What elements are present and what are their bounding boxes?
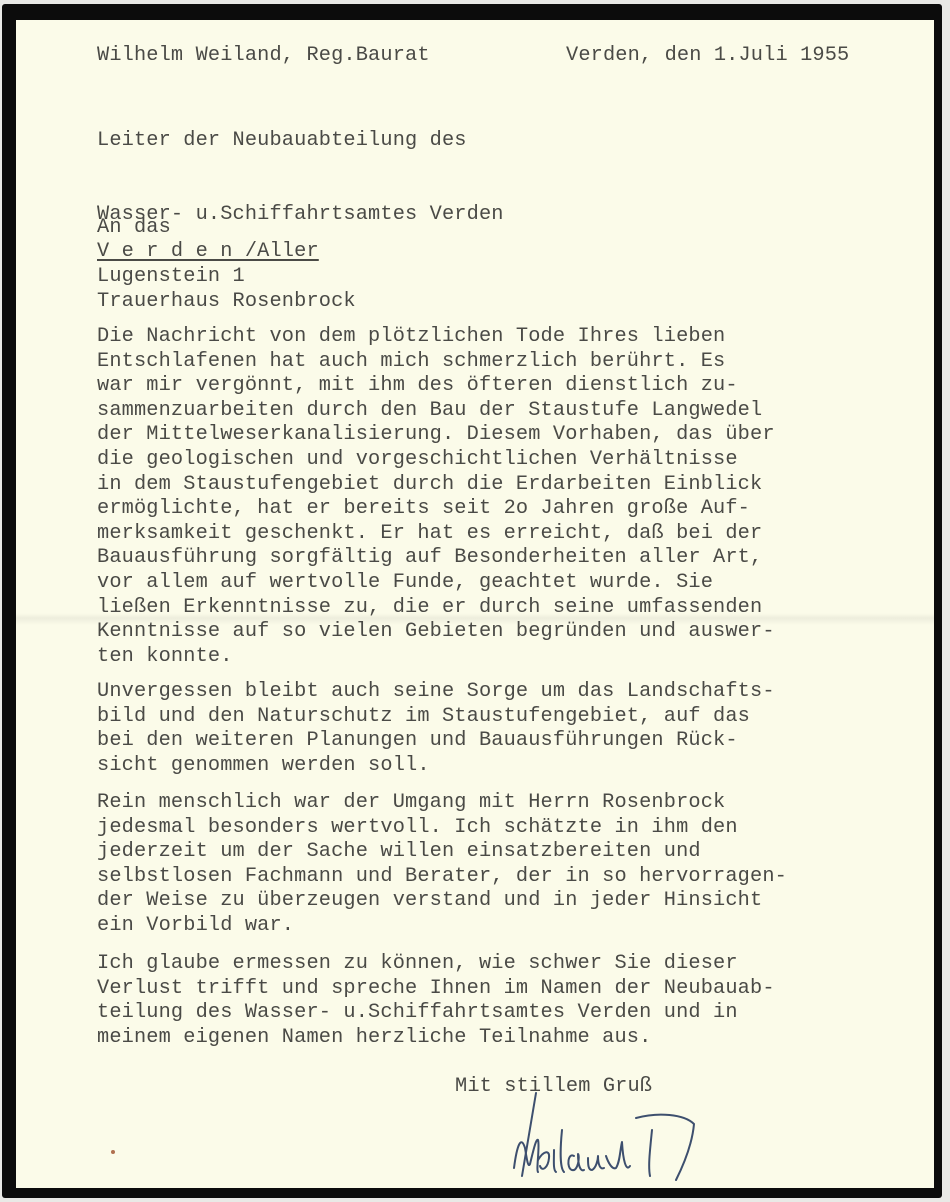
paragraph-line: ließen Erkenntnisse zu, die er durch sei… xyxy=(97,596,775,621)
paragraph-line: Kenntnisse auf so vielen Gebieten begrün… xyxy=(97,620,775,645)
recipient-street: Lugenstein 1 xyxy=(97,265,245,290)
paragraph-line: selbstlosen Fachmann und Berater, der in… xyxy=(97,865,787,890)
paragraph-line: Entschlafenen hat auch mich schmerzlich … xyxy=(97,350,775,375)
paragraph-line: merksamkeit geschenkt. Er hat es erreich… xyxy=(97,522,775,547)
paragraph-line: bild und den Naturschutz im Staustufenge… xyxy=(97,705,775,730)
paragraph-line: Die Nachricht von dem plötzlichen Tode I… xyxy=(97,325,775,350)
recipient-line: An das xyxy=(97,216,356,241)
paragraph-line: der Mittelweserkanalisierung. Diesem Vor… xyxy=(97,423,775,448)
paragraph-3: Rein menschlich war der Umgang mit Herrn… xyxy=(97,791,787,939)
paragraph-line: die geologischen und vorgeschichtlichen … xyxy=(97,448,775,473)
paragraph-line: sammenzuarbeiten durch den Bau der Staus… xyxy=(97,399,775,424)
paragraph-line: der Weise zu überzeugen verstand und in … xyxy=(97,889,787,914)
paragraph-line: jederzeit um der Sache willen einsatzber… xyxy=(97,840,787,865)
paragraph-line: Rein menschlich war der Umgang mit Herrn… xyxy=(97,791,787,816)
paragraph-line: Verlust trifft und spreche Ihnen im Name… xyxy=(97,977,775,1002)
paragraph-4: Ich glaube ermessen zu können, wie schwe… xyxy=(97,952,775,1050)
paragraph-line: ten konnte. xyxy=(97,645,775,670)
date-line: Verden, den 1.Juli 1955 xyxy=(566,44,849,69)
paragraph-line: meinem eigenen Namen herzliche Teilnahme… xyxy=(97,1026,775,1051)
paragraph-line: Ich glaube ermessen zu können, wie schwe… xyxy=(97,952,775,977)
paragraph-line: bei den weiteren Planungen und Bauausfüh… xyxy=(97,729,775,754)
paragraph-line: war mir vergönnt, mit ihm des öfteren di… xyxy=(97,374,775,399)
paragraph-line: Unvergessen bleibt auch seine Sorge um d… xyxy=(97,680,775,705)
paragraph-line: vor allem auf wertvolle Funde, geachtet … xyxy=(97,571,775,596)
signature xyxy=(508,1090,718,1185)
sender-department-line: Leiter der Neubauabteilung des xyxy=(97,129,504,154)
paragraph-line: jedesmal besonders wertvoll. Ich schätzt… xyxy=(97,816,787,841)
paragraph-line: ein Vorbild war. xyxy=(97,914,787,939)
paragraph-line: sicht genommen werden soll. xyxy=(97,754,775,779)
paragraph-line: Bauausführung sorgfältig auf Besonderhei… xyxy=(97,546,775,571)
sender-name: Wilhelm Weiland, Reg.Baurat xyxy=(97,44,430,69)
paragraph-2: Unvergessen bleibt auch seine Sorge um d… xyxy=(97,680,775,778)
recipient-line: Trauerhaus Rosenbrock xyxy=(97,290,356,315)
recipient-city-line: V e r d e n /Aller xyxy=(97,240,319,265)
paragraph-1: Die Nachricht von dem plötzlichen Tode I… xyxy=(97,325,775,669)
paragraph-line: teilung des Wasser- u.Schiffahrtsamtes V… xyxy=(97,1001,775,1026)
recipient-city: V e r d e n /Aller xyxy=(97,240,319,263)
paragraph-line: in dem Staustufengebiet durch die Erdarb… xyxy=(97,473,775,498)
paragraph-line: ermöglichte, hat er bereits seit 2o Jahr… xyxy=(97,497,775,522)
paper-speck xyxy=(111,1150,115,1154)
